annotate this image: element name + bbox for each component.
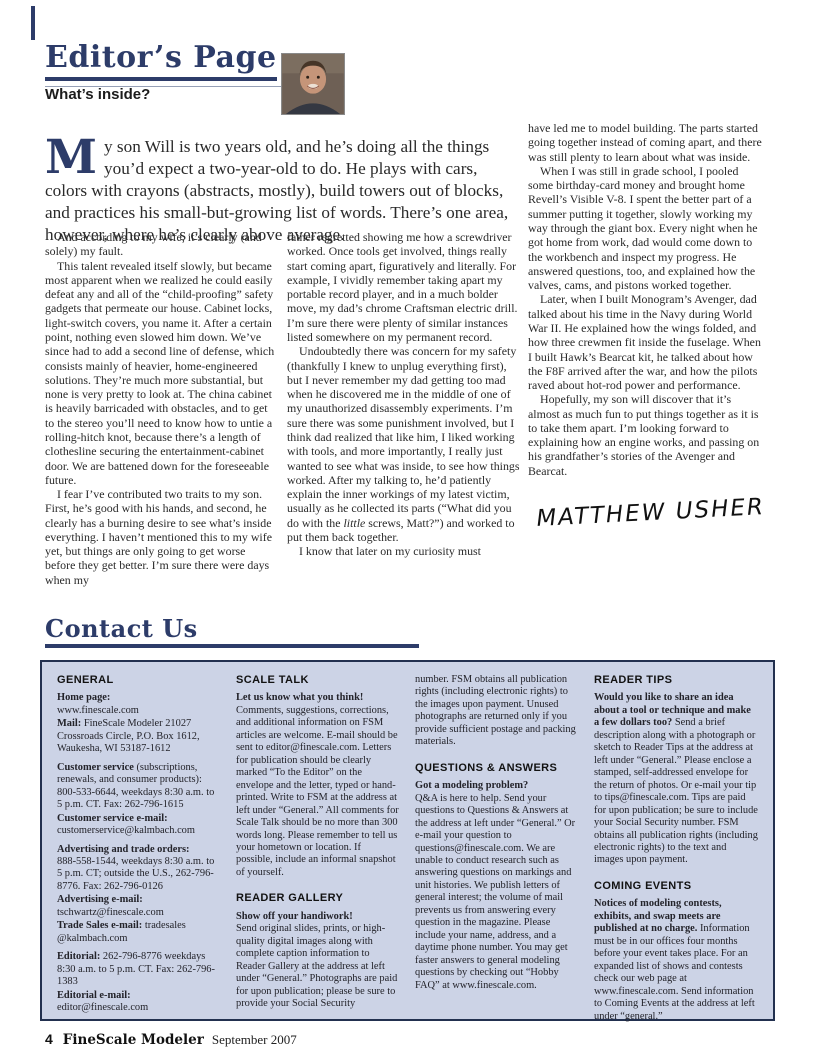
- contact-column-general: GENERAL Home page:www.finescale.com Mail…: [57, 674, 221, 1009]
- editor-photo: [281, 53, 345, 115]
- paragraph-text: Undoubtedly there was concern for my saf…: [287, 344, 519, 529]
- page-footer: 4FineScale ModelerSeptember 2007: [45, 1031, 297, 1048]
- lead-text: y son Will is two years old, and he’s do…: [45, 137, 508, 244]
- heading-reader-gallery: READER GALLERY: [236, 892, 400, 905]
- heading-reader-tips: READER TIPS: [594, 674, 758, 687]
- corner-registration-mark: [31, 6, 35, 40]
- contact-entry-editorial-email: Editorial e-mail:editor@finescale.com: [57, 990, 221, 1015]
- footer-issue-date: September 2007: [212, 1032, 297, 1047]
- article-column-1: And according to my wife, it’s clearly (…: [45, 230, 278, 587]
- contact-entry-advertising-email: Advertising e-mail:tschwartz@finescale.c…: [57, 894, 221, 919]
- contact-entry-trade-sales: Trade Sales e-mail: tradesales @kalmbach…: [57, 920, 221, 945]
- contact-entry-advertising: Advertising and trade orders:888-558-154…: [57, 844, 221, 894]
- paragraph: When I was still in grade school, I pool…: [528, 164, 764, 293]
- contact-entry-editorial: Editorial: 262-796-8776 weekdays 8:30 a.…: [57, 951, 221, 988]
- page-header: Editor’s Page What’s inside?: [45, 42, 347, 103]
- article-column-3: have led me to model building. The parts…: [528, 121, 764, 528]
- contact-column-tips-events: READER TIPS Would you like to share an i…: [594, 674, 758, 1009]
- drop-cap: M: [45, 136, 104, 178]
- heading-coming-events: COMING EVENTS: [594, 880, 758, 893]
- scale-talk-text: Let us know what you think!Comments, sug…: [236, 692, 400, 879]
- contact-column-questions: number. FSM obtains all publication righ…: [415, 674, 579, 1009]
- questions-answers-text: Got a modeling problem?Q&A is here to he…: [415, 780, 579, 992]
- contact-title-rule: Contact Us: [45, 616, 419, 648]
- contact-entry-customer-service-email: Customer service e-mail:customerservice@…: [57, 813, 221, 838]
- footer-magazine-title: FineScale Modeler: [63, 1032, 204, 1048]
- contact-info-box: GENERAL Home page:www.finescale.com Mail…: [40, 660, 775, 1021]
- contact-entry-mail: Mail: FineScale Modeler 21027 Crossroads…: [57, 718, 221, 755]
- contact-column-scale-talk: SCALE TALK Let us know what you think!Co…: [236, 674, 400, 1009]
- contact-section-title: Contact Us: [45, 616, 198, 641]
- heading-scale-talk: SCALE TALK: [236, 674, 400, 687]
- article-column-2: father regretted showing me how a screwd…: [287, 230, 520, 558]
- heading-general: GENERAL: [57, 674, 221, 687]
- reader-gallery-continuation: number. FSM obtains all publication righ…: [415, 674, 579, 749]
- editor-signature: Matthew Usher: [534, 494, 765, 534]
- magazine-page: Editor’s Page What’s inside? My son Will…: [0, 0, 817, 1064]
- paragraph: Hopefully, my son will discover that it’…: [528, 392, 764, 478]
- footer-page-number: 4: [45, 1031, 53, 1047]
- reader-tips-text: Would you like to share an idea about a …: [594, 692, 758, 867]
- reader-gallery-text: Show off your handiwork!Send original sl…: [236, 911, 400, 1011]
- contact-entry-customer-service: Customer service (subscriptions, renewal…: [57, 762, 221, 812]
- contact-entry-homepage: Home page:www.finescale.com: [57, 692, 221, 717]
- paragraph: Undoubtedly there was concern for my saf…: [287, 344, 520, 544]
- heading-questions-answers: QUESTIONS & ANSWERS: [415, 762, 579, 775]
- editor-portrait-graphic: [282, 54, 344, 114]
- paragraph: And according to my wife, it’s clearly (…: [45, 230, 278, 259]
- paragraph: This talent revealed itself slowly, but …: [45, 259, 278, 488]
- coming-events-text: Notices of modeling contests, exhibits, …: [594, 898, 758, 1023]
- paragraph: I know that later on my curiosity must: [287, 544, 520, 558]
- page-title: Editor’s Page: [45, 42, 277, 81]
- paragraph: father regretted showing me how a screwd…: [287, 230, 520, 344]
- paragraph: have led me to model building. The parts…: [528, 121, 764, 164]
- paragraph: Later, when I built Monogram’s Avenger, …: [528, 292, 764, 392]
- italic-word: little: [343, 516, 365, 530]
- paragraph: I fear I’ve contributed two traits to my…: [45, 487, 278, 587]
